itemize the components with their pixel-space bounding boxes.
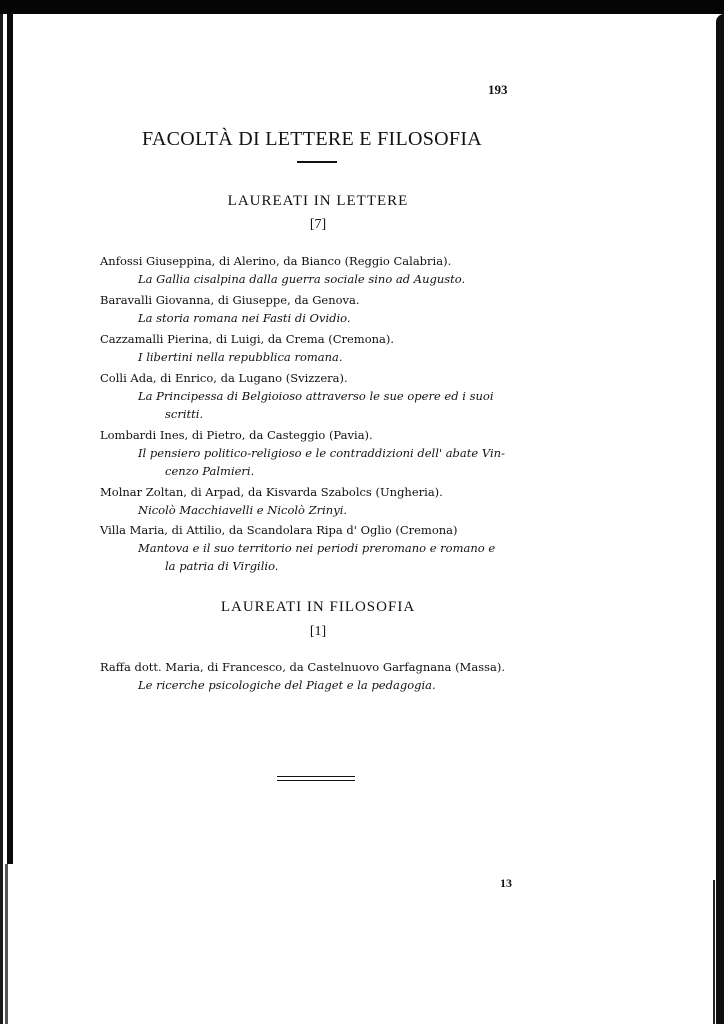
thesis-line: Nicolò Macchiavelli e Nicolò Zrinyi. xyxy=(138,503,347,517)
thesis-title: Nicolò Macchiavelli e Nicolò Zrinyi. xyxy=(100,501,540,519)
thesis-title: La Principessa di Belgioioso attraverso … xyxy=(100,387,540,423)
graduate-entry: Raffa dott. Maria, di Francesco, da Cast… xyxy=(100,658,540,694)
thesis-title: Il pensiero politico-religioso e le cont… xyxy=(100,444,540,480)
graduate-entry: Colli Ada, di Enrico, da Lugano (Svizzer… xyxy=(100,369,540,423)
graduate-name: Villa Maria, di Attilio, da Scandolara R… xyxy=(100,521,540,539)
thesis-line: Le ricerche psicologiche del Piaget e la… xyxy=(138,678,436,692)
graduate-name: Lombardi Ines, di Pietro, da Casteggio (… xyxy=(100,426,540,444)
scan-left-edge-outer xyxy=(0,14,3,1024)
graduate-entry: Anfossi Giuseppina, di Alerino, da Bianc… xyxy=(100,252,540,288)
thesis-line: I libertini nella repubblica romana. xyxy=(138,350,343,364)
signature-mark: 13 xyxy=(500,876,512,891)
title-rule-divider xyxy=(297,161,337,163)
scan-right-edge xyxy=(716,14,724,1024)
graduate-entry: Cazzamalli Pierina, di Luigi, da Crema (… xyxy=(100,330,540,366)
graduate-name: Colli Ada, di Enrico, da Lugano (Svizzer… xyxy=(100,369,540,387)
graduate-name: Raffa dott. Maria, di Francesco, da Cast… xyxy=(100,658,540,676)
thesis-line-continuation: cenzo Palmieri. xyxy=(138,462,540,480)
graduate-name: Molnar Zoltan, di Arpad, da Kisvarda Sza… xyxy=(100,483,540,501)
page-title: FACOLTÀ DI LETTERE E FILOSOFIA xyxy=(0,128,624,151)
thesis-title: I libertini nella repubblica romana. xyxy=(100,348,540,366)
thesis-line: La storia romana nei Fasti di Ovidio. xyxy=(138,311,351,325)
graduate-entry: Villa Maria, di Attilio, da Scandolara R… xyxy=(100,521,540,575)
graduate-name: Anfossi Giuseppina, di Alerino, da Bianc… xyxy=(100,252,540,270)
page-number: 193 xyxy=(488,82,508,98)
graduate-entry: Baravalli Giovanna, di Giuseppe, da Geno… xyxy=(100,291,540,327)
scan-top-edge xyxy=(0,0,724,14)
thesis-title: Le ricerche psicologiche del Piaget e la… xyxy=(100,676,540,694)
thesis-line: La Gallia cisalpina dalla guerra sociale… xyxy=(138,272,465,286)
thesis-line: Mantova e il suo territorio nei periodi … xyxy=(138,541,495,555)
section-heading-lettere: LAUREATI IN LETTERE xyxy=(0,193,636,210)
section-heading-filosofia: LAUREATI IN FILOSOFIA xyxy=(0,599,636,616)
thesis-line: Il pensiero politico-religioso e le cont… xyxy=(138,446,505,460)
section-count-lettere: [7] xyxy=(0,217,636,233)
graduate-entry: Lombardi Ines, di Pietro, da Casteggio (… xyxy=(100,426,540,480)
thesis-line-continuation: la patria di Virgilio. xyxy=(138,557,540,575)
graduate-name: Baravalli Giovanna, di Giuseppe, da Geno… xyxy=(100,291,540,309)
thesis-line-continuation: scritti. xyxy=(138,405,540,423)
scan-left-edge-fade xyxy=(5,864,8,1024)
thesis-title: La storia romana nei Fasti di Ovidio. xyxy=(100,309,540,327)
scan-right-edge-inner xyxy=(713,880,715,1024)
section-count-filosofia: [1] xyxy=(0,624,636,640)
thesis-line: La Principessa di Belgioioso attraverso … xyxy=(138,389,494,403)
graduate-entry: Molnar Zoltan, di Arpad, da Kisvarda Sza… xyxy=(100,483,540,519)
thesis-title: La Gallia cisalpina dalla guerra sociale… xyxy=(100,270,540,288)
end-rule-divider xyxy=(277,776,355,781)
graduate-name: Cazzamalli Pierina, di Luigi, da Crema (… xyxy=(100,330,540,348)
thesis-title: Mantova e il suo territorio nei periodi … xyxy=(100,539,540,575)
